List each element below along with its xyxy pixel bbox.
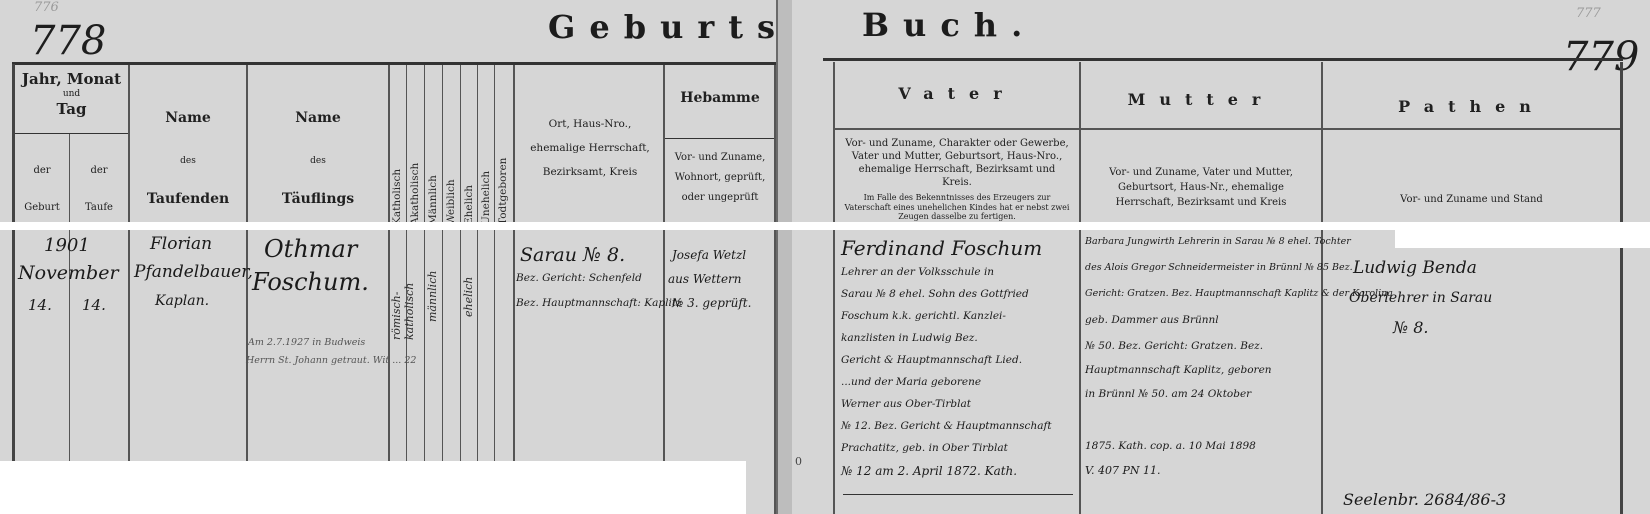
header-illegitimate: Unehelich [480,145,492,225]
entry-father-line: Lehrer an der Volksschule in [841,266,994,278]
entry-mother-line: Hauptmannschaft Kaplitz, geboren [1085,364,1272,376]
header-catholic: Katholisch [391,145,403,225]
entry-father-line: Gericht & Hauptmannschaft Lied. [841,354,1022,366]
entry-midwife-1: Josefa Wetzl [672,248,746,262]
entry-baptizer-2: Pfandelbauer, [134,262,253,282]
header-father-title: Vater [835,84,1079,104]
entry-place-1: Sarau № 8. [520,244,625,266]
entry-father-line: Sarau № 8 ehel. Sohn des Gottfried [841,288,1029,300]
entry-godparent-occupation: Oberlehrer in Sarau [1349,290,1492,306]
header-birth-date: derGeburt [15,165,69,214]
entry-father-line: № 12 am 2. April 1872. Kath. [841,464,1017,478]
entry-place-3: Bez. Hauptmannschaft: Kaplitz [516,297,682,309]
entry-child-given-name: Othmar [264,235,357,263]
entry-mother-line: 1875. Kath. cop. a. 10 Mai 1898 [1085,440,1256,452]
entry-legitimacy: ehelich [462,272,475,317]
register-title-right: Buch. [862,6,1036,44]
entry-mother-line: geb. Dammer aus Brünnl [1085,314,1219,326]
mask-patch [1395,222,1650,248]
header-child: Name des Täuflings [248,110,388,208]
page-number-left: 778 [30,18,106,64]
left-page: 776 778 Geburts- Jahr, Monat und Tag der… [0,0,783,514]
entry-baptism-day: 14. [82,296,106,314]
entry-midwife-2: aus Wettern [668,272,742,286]
entry-mother-line: V. 407 PN 11. [1085,464,1161,477]
page-number-right: 779 [1563,34,1639,80]
entry-mother-line: Barbara Jungwirth Lehrerin in Sarau № 8 … [1085,236,1351,247]
entry-father-line: Foschum k.k. gerichtl. Kanzlei- [841,310,1006,322]
entry-mother-line: des Alois Gregor Schneidermeister in Brü… [1085,262,1353,273]
entry-year: 1901 [44,235,90,256]
header-non-catholic: Akatholisch [409,145,421,225]
header-place: Ort, Haus-Nro., ehemalige Herrschaft, Be… [522,112,658,184]
header-female: Weiblich [445,145,457,225]
header-baptism-date: derTaufe [70,165,128,214]
book-gutter [776,0,792,514]
header-godparents-text: Vor- und Zuname und Stand [1323,194,1620,207]
entry-child-note-2: Herrn St. Johann getraut. Wit ... 22 [246,355,416,366]
header-mother-title: Mutter [1081,90,1321,110]
entry-mother-line: Gericht: Gratzen. Bez. Hauptmannschaft K… [1085,288,1393,299]
entry-mother-line: № 50. Bez. Gericht: Gratzen. Bez. [1085,340,1263,352]
entry-father-line: ...und der Maria geborene [841,376,981,388]
register-title-left: Geburts- [548,8,783,46]
entry-godparent-name: Ludwig Benda [1353,258,1477,278]
entry-baptizer-1: Florian [150,234,212,254]
header-stillborn: Todtgeboren [497,140,509,225]
entry-child-surname: Foschum. [252,268,369,296]
header-midwife-text: Vor- und Zuname, Wohnort, geprüft, oder … [670,148,770,208]
header-mother-text: Vor- und Zuname, Vater und Mutter, Gebur… [1089,165,1313,210]
entry-sex: männlich [426,262,439,322]
entry-mother-line: in Brünnl № 50. am 24 Oktober [1085,388,1251,400]
header-male: Männlich [427,145,439,225]
entry-place-2: Bez. Gericht: Schenfeld [516,272,642,284]
entry-bottom-note: Seelenbr. 2684/86-3 [1343,490,1506,509]
entry-birth-day: 14. [28,296,52,314]
entry-godparent-address: № 8. [1393,318,1429,337]
entry-father-line: kanzlisten in Ludwig Bez. [841,332,978,344]
header-father-note: Im Falle des Bekenntnisses des Erzeugers… [843,193,1071,222]
pencil-page-number-left: 776 [34,0,59,15]
entry-father-line: Werner aus Ober-Tirblat [841,398,971,410]
pencil-page-number-right: 777 [1576,6,1601,21]
header-father-text: Vor- und Zuname, Charakter oder Gewerbe,… [843,137,1071,189]
header-date-group: Jahr, Monat und Tag [15,70,128,119]
entry-midwife-3: № 3. geprüft. [672,296,751,310]
entry-month: November [18,262,119,284]
entry-baptizer-3: Kaplan. [155,293,209,309]
entry-father-name: Ferdinand Foschum [841,236,1042,260]
entry-religion: römisch-katholisch [390,250,416,340]
header-godparents-title: Pathen [1323,97,1620,117]
entry-father-line: Prachatitz, geb. in Ober Tirblat [841,442,1008,454]
header-legitimate: Ehelich [463,145,475,225]
header-baptizer: Name des Taufenden [130,110,246,208]
right-page: 777 779 Buch. 0 Vater Vor- und Zuname, C… [783,0,1650,514]
entry-father-line: № 12. Bez. Gericht & Hauptmannschaft [841,420,1052,432]
header-midwife-title: Hebamme [667,90,773,108]
entry-child-note-1: Am 2.7.1927 in Budweis [248,337,365,348]
margin-mark: 0 [795,455,802,468]
mask-patch [0,461,746,514]
